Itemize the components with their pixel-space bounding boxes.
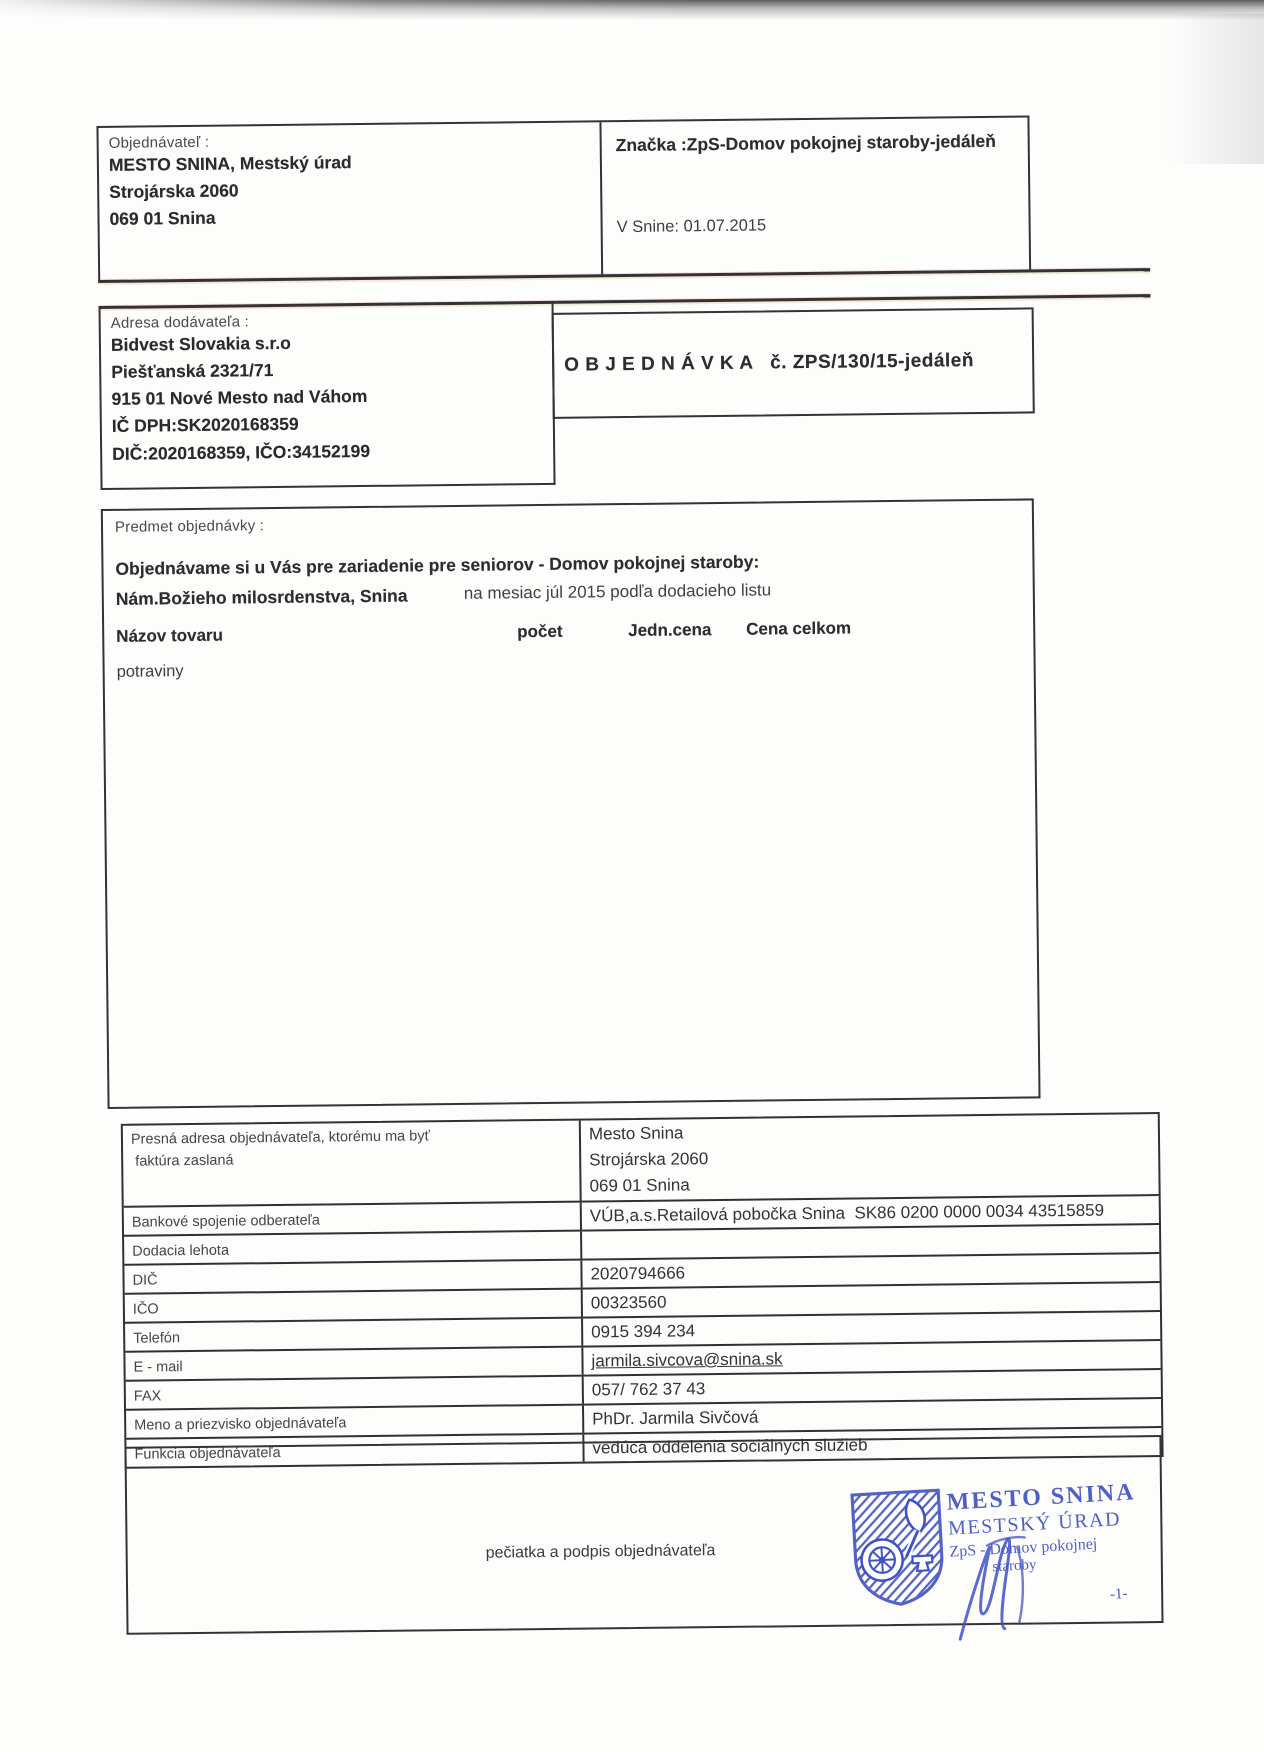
subject-box: Predmet objednávky : Objednávame si u Vá… xyxy=(101,498,1041,1109)
item-name: potraviny xyxy=(117,662,184,682)
signature-box: pečiatka a podpis objednávateľa xyxy=(124,1435,1163,1635)
supplier-box: Adresa dodávateľa : Bidvest Slovakia s.r… xyxy=(99,303,556,490)
supplier-tax-ids: DIČ:2020168359, IČO:34152199 xyxy=(112,435,543,467)
row-value: PhDr. Jarmila Sivčová xyxy=(584,1399,1161,1433)
column-header-total-price: Cena celkom xyxy=(746,618,851,639)
row-label: DIČ xyxy=(124,1261,582,1293)
handwritten-signature xyxy=(925,1505,1082,1653)
row-value: Mesto Snina Strojárska 2060 069 01 Snina xyxy=(581,1114,1159,1201)
order-title: O B J E D N Á V K A č. ZPS/130/15-jedále… xyxy=(554,350,974,377)
column-header-item-name: Názov tovaru xyxy=(116,626,223,647)
column-header-unit-price: Jedn.cena xyxy=(628,620,711,641)
order-details-table: Presná adresa objednávateľa, ktorému ma … xyxy=(121,1112,1164,1469)
scanned-page: Objednávateľ : MESTO SNINA, Mestský úrad… xyxy=(0,0,1264,1752)
customer-city: 069 01 Snina xyxy=(109,201,590,234)
row-label: Meno a priezvisko objednávateľa xyxy=(126,1406,584,1438)
row-label: Presná adresa objednávateľa, ktorému ma … xyxy=(123,1121,582,1206)
table-row: Presná adresa objednávateľa, ktorému ma … xyxy=(123,1114,1159,1208)
row-label: Bankové spojenie odberateľa xyxy=(124,1203,582,1235)
subject-line2-bold: Nám.Božieho milosrdenstva, Snina xyxy=(116,586,408,610)
row-value: 2020794666 xyxy=(582,1254,1159,1288)
row-value: 057/ 762 37 43 xyxy=(584,1370,1161,1404)
row-value xyxy=(582,1225,1159,1259)
reference-number: Značka :ZpS-Domov pokojnej staroby-jedál… xyxy=(616,131,1014,157)
stamp-caption: pečiatka a podpis objednávateľa xyxy=(486,1542,716,1563)
column-header-quantity: počet xyxy=(517,622,563,643)
page-number: -1- xyxy=(1110,1586,1128,1604)
row-value: 00323560 xyxy=(583,1283,1160,1317)
place-and-date: V Snine: 01.07.2015 xyxy=(617,216,767,237)
row-value-line: 069 01 Snina xyxy=(589,1167,1150,1199)
header-box: Objednávateľ : MESTO SNINA, Mestský úrad… xyxy=(96,115,1031,282)
subject-label: Predmet objednávky : xyxy=(115,509,1020,536)
row-value: VÚB,a.s.Retailová pobočka Snina SK86 020… xyxy=(582,1196,1159,1230)
row-label: IČO xyxy=(125,1290,583,1322)
subject-line2-regular: na mesiac júl 2015 podľa dodacieho listu xyxy=(464,580,772,603)
order-document: Objednávateľ : MESTO SNINA, Mestský úrad… xyxy=(0,0,1264,1752)
row-label: Dodacia lehota xyxy=(124,1232,582,1264)
official-stamp: MESTO SNINA MESTSKÝ ÚRAD ZpS - Domov pok… xyxy=(846,1473,1154,1639)
subject-line1: Objednávame si u Vás pre zariadenie pre … xyxy=(115,552,759,580)
row-label: E - mail xyxy=(125,1348,583,1380)
order-number-box: O B J E D N Á V K A č. ZPS/130/15-jedále… xyxy=(552,307,1035,418)
email-value: jarmila.sivcova@snina.sk xyxy=(583,1341,1160,1375)
row-label: FAX xyxy=(126,1377,584,1409)
row-label: Telefón xyxy=(125,1319,583,1351)
customer-section: Objednávateľ : MESTO SNINA, Mestský úrad… xyxy=(98,122,603,282)
reference-section: Značka :ZpS-Domov pokojnej staroby-jedál… xyxy=(601,117,1029,276)
row-label-line: faktúra zaslaná xyxy=(131,1146,571,1173)
row-value: 0915 394 234 xyxy=(583,1312,1160,1346)
